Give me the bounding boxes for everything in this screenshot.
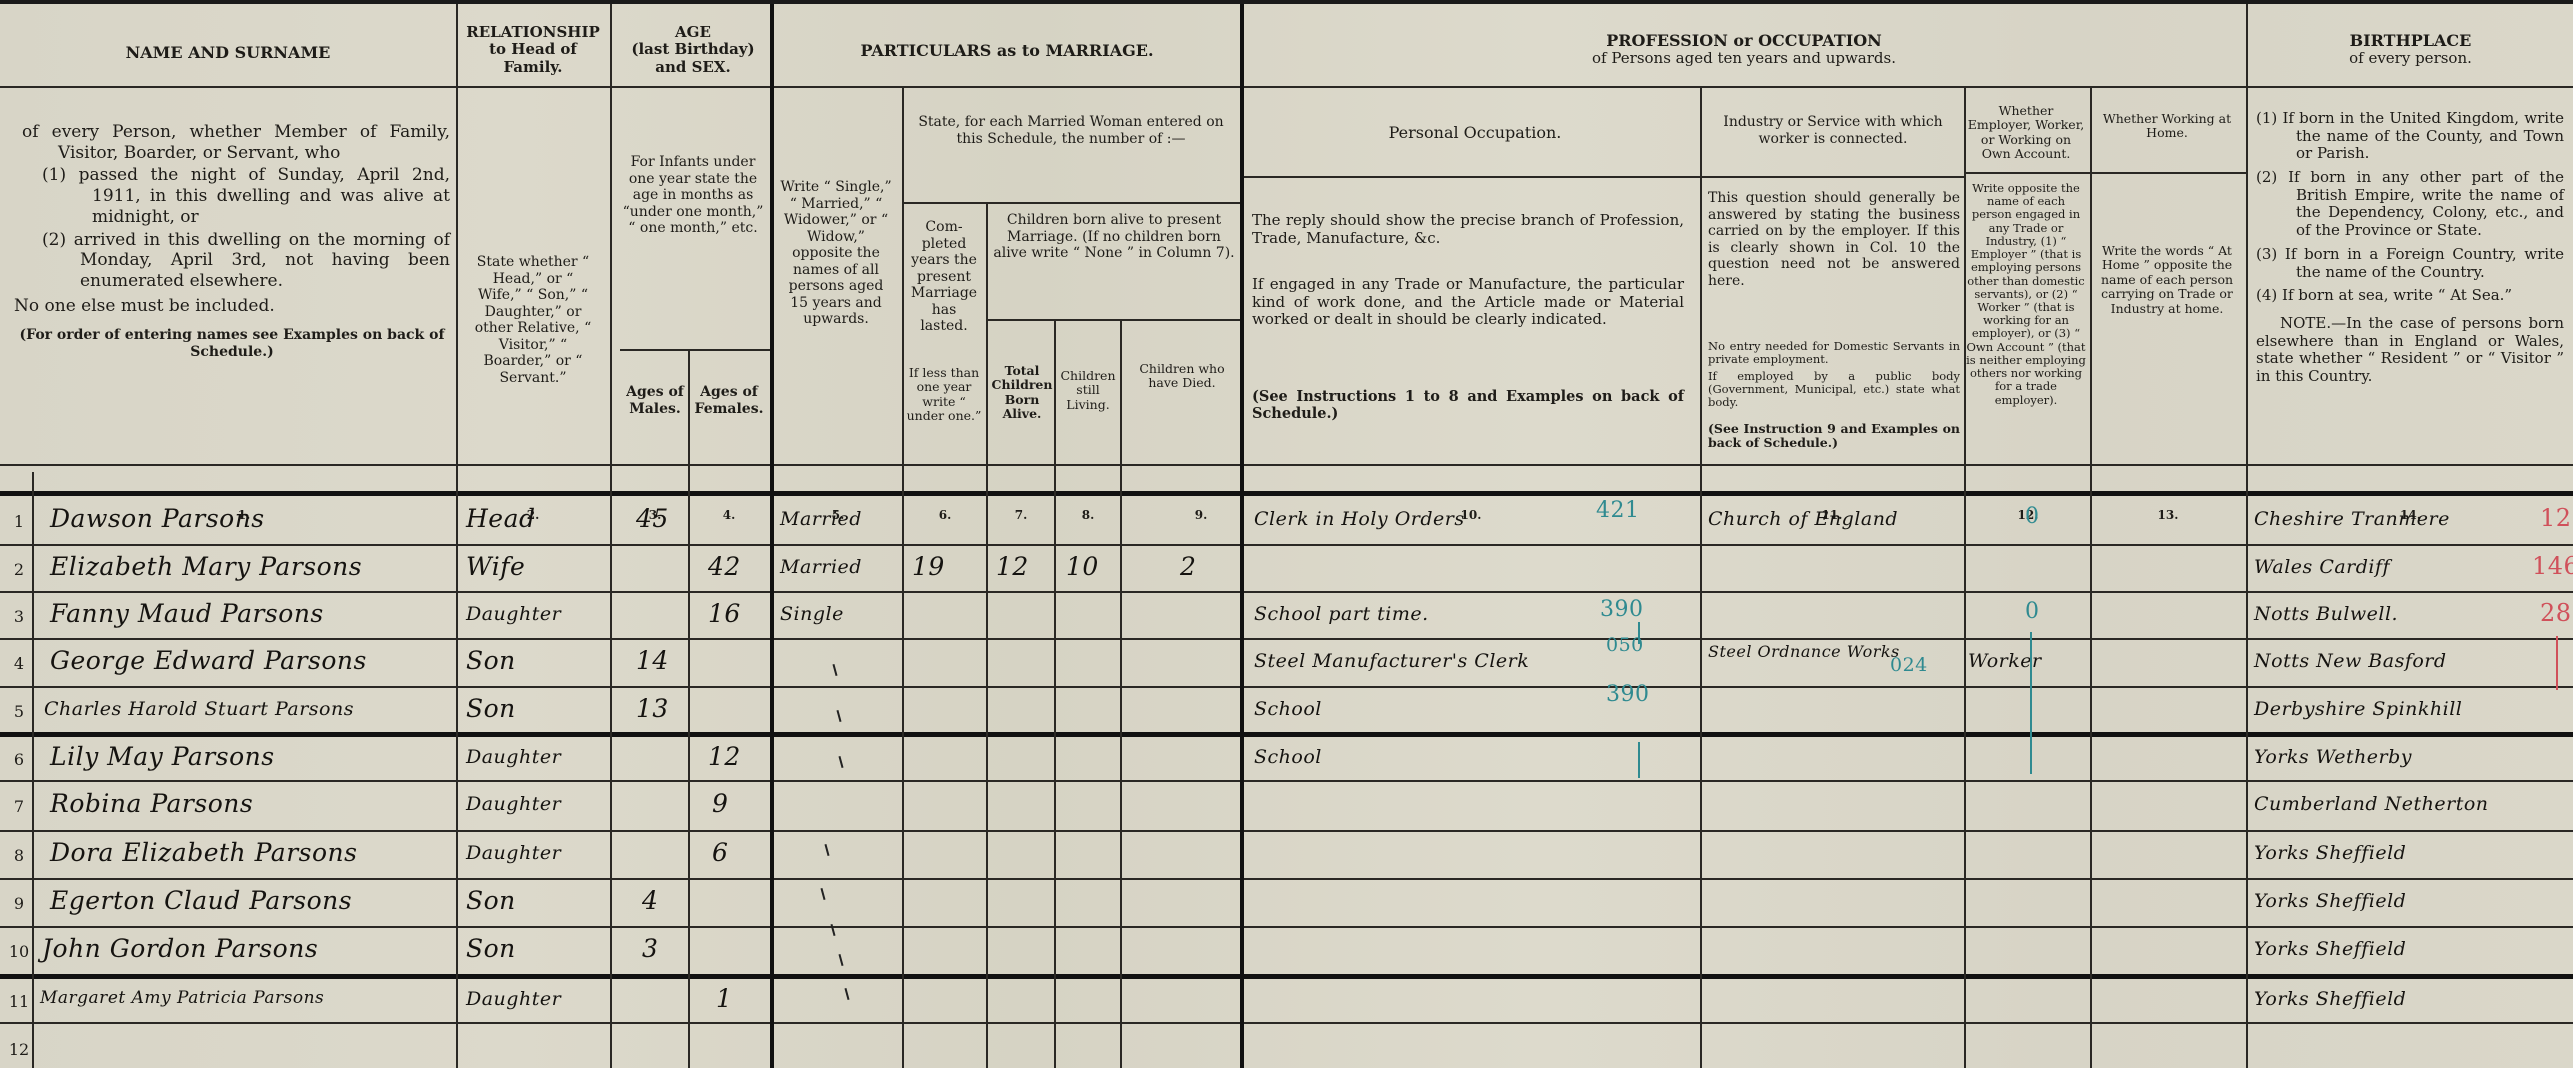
relationship-title-line1: RELATIONSHIP bbox=[458, 24, 608, 41]
table-row: 6 Lily May Parsons Daughter 12 School Yo… bbox=[0, 736, 2573, 783]
relationship-cell: Son bbox=[466, 646, 516, 675]
years-married-cell: 19 bbox=[912, 552, 945, 581]
employer-label: Whether Employer, Worker, or Working on … bbox=[1966, 104, 2086, 162]
row-number: 2 bbox=[4, 560, 34, 579]
relationship-cell: Head bbox=[466, 504, 536, 533]
rule-colnum-bottom bbox=[0, 491, 2573, 496]
table-row: 11 Margaret Amy Patricia Parsons Daughte… bbox=[0, 978, 2573, 1025]
col-marriage-title: PARTICULARS as to MARRIAGE. bbox=[774, 42, 1240, 60]
occupation-cell: School part time. bbox=[1254, 603, 1429, 625]
row-number: 4 bbox=[4, 654, 34, 673]
occupation-code: 421 bbox=[1596, 498, 1640, 523]
rule-emp-sub bbox=[1966, 172, 2246, 174]
relationship-title-line3: Family. bbox=[458, 59, 608, 76]
birthplace-code: 28 bbox=[2540, 599, 2572, 627]
personal-occupation-text1: The reply should show the precise branch… bbox=[1252, 212, 1684, 247]
name-cell: Charles Harold Stuart Parsons bbox=[44, 698, 354, 720]
table-row: 12 bbox=[0, 1026, 2573, 1068]
birthplace-cell: Notts Bulwell. bbox=[2254, 603, 2398, 625]
occupation-cell: School bbox=[1254, 746, 1322, 768]
name-instr-intro: of every Person, whether Member of Famil… bbox=[14, 122, 450, 163]
industry-text2: No entry needed for Domestic Servants in… bbox=[1708, 340, 1960, 366]
birthplace-cell: Yorks Sheffield bbox=[2254, 842, 2406, 864]
relationship-cell: Daughter bbox=[466, 842, 561, 864]
relationship-instructions: State whether “ Head,” or “ Wife,” “ Son… bbox=[470, 254, 596, 386]
birthplace-subtitle: of every person. bbox=[2248, 50, 2573, 67]
age-male-cell: 13 bbox=[636, 694, 669, 723]
occupation-subtitle: of Persons aged ten years and upwards. bbox=[1244, 50, 2244, 67]
occupation-code: 390 bbox=[1600, 597, 1644, 622]
rule-married-sub bbox=[904, 202, 1240, 204]
relationship-cell: Son bbox=[466, 694, 516, 723]
age-female-cell: 6 bbox=[712, 838, 728, 867]
col-birthplace-title: BIRTHPLACE of every person. bbox=[2248, 32, 2573, 68]
birthplace-cell: Yorks Sheffield bbox=[2254, 938, 2406, 960]
age-male-cell: 3 bbox=[642, 934, 658, 963]
table-row: 5 Charles Harold Stuart Parsons Son 13 S… bbox=[0, 688, 2573, 735]
birthplace-cell: Yorks Wetherby bbox=[2254, 746, 2412, 768]
table-row: 10 John Gordon Parsons Son 3 Yorks Sheff… bbox=[0, 928, 2573, 975]
birthplace-code: 146 bbox=[2532, 552, 2573, 580]
rule-children-sub bbox=[988, 319, 1240, 321]
rule-age-sub bbox=[620, 349, 770, 351]
age-female-cell: 16 bbox=[708, 599, 741, 628]
name-instr-3: No one else must be included. bbox=[14, 296, 450, 317]
employer-cell: 0 bbox=[2025, 504, 2040, 529]
birthplace-rules: (1) If born in the United Kingdom, write… bbox=[2256, 110, 2564, 386]
clerk-red-mark bbox=[2556, 636, 2558, 690]
relationship-cell: Wife bbox=[466, 552, 525, 581]
home-text: Write the words “ At Home ” opposite the… bbox=[2094, 244, 2240, 316]
age-title-line2: (last Birthday) bbox=[618, 41, 768, 58]
industry-text3: If employed by a public body (Government… bbox=[1708, 370, 1960, 410]
industry-label: Industry or Service with which worker is… bbox=[1702, 114, 1964, 147]
name-cell: George Edward Parsons bbox=[50, 646, 367, 675]
age-female-cell: 42 bbox=[708, 552, 741, 581]
relationship-cell: Son bbox=[466, 886, 516, 915]
married-woman-header: State, for each Married Woman entered on… bbox=[904, 114, 1238, 147]
children-living-cell: 10 bbox=[1066, 552, 1099, 581]
col-relationship-title: RELATIONSHIP to Head of Family. bbox=[458, 24, 608, 76]
rule-header-bottom bbox=[0, 86, 2573, 88]
col-name-title: NAME AND SURNAME bbox=[0, 44, 456, 62]
children-living-label: Children still Living. bbox=[1058, 369, 1118, 412]
birthplace-rule-2: (2) If born in any other part of the Bri… bbox=[2256, 169, 2564, 240]
personal-occupation-text3: (See Instructions 1 to 8 and Examples on… bbox=[1252, 388, 1684, 422]
occupation-title: PROFESSION or OCCUPATION bbox=[1244, 32, 2244, 50]
name-cell: John Gordon Parsons bbox=[42, 934, 318, 963]
birthplace-cell: Cheshire Tranmere bbox=[2254, 508, 2450, 530]
row-number: 6 bbox=[4, 750, 34, 769]
relationship-cell: Son bbox=[466, 934, 516, 963]
employer-cell: 0 bbox=[2025, 599, 2040, 624]
relationship-cell: Daughter bbox=[466, 746, 561, 768]
rule-instructions-bottom bbox=[0, 464, 2573, 466]
children-header: Children born alive to present Marriage.… bbox=[990, 212, 1238, 262]
birthplace-cell: Derbyshire Spinkhill bbox=[2254, 698, 2462, 720]
table-row: 8 Dora Elizabeth Parsons Daughter 6 York… bbox=[0, 832, 2573, 879]
relationship-cell: Daughter bbox=[466, 793, 561, 815]
condition-instructions: Write “ Single,” “ Married,” “ Widower,”… bbox=[778, 179, 894, 328]
total-children-label: Total Children Born Alive. bbox=[990, 364, 1054, 422]
industry-cell: Church of England bbox=[1708, 508, 1898, 530]
name-cell: Elizabeth Mary Parsons bbox=[50, 552, 362, 581]
age-females-label: Ages of Females. bbox=[692, 384, 766, 417]
condition-cell: Married bbox=[780, 556, 862, 578]
industry-text1: This question should generally be answer… bbox=[1708, 190, 1960, 289]
birthplace-cell: Notts New Basford bbox=[2254, 650, 2447, 672]
occupation-code: 390 bbox=[1606, 682, 1650, 707]
row-number: 7 bbox=[4, 797, 34, 816]
birthplace-rule-1: (1) If born in the United Kingdom, write… bbox=[2256, 110, 2564, 163]
clerk-mark bbox=[1638, 622, 1640, 644]
age-female-cell: 9 bbox=[712, 789, 728, 818]
name-instr-4: (For order of entering names see Example… bbox=[14, 327, 450, 361]
age-title-line3: and SEX. bbox=[618, 59, 768, 76]
age-male-cell: 4 bbox=[642, 886, 658, 915]
table-row: 9 Egerton Claud Parsons Son 4 Yorks Shef… bbox=[0, 880, 2573, 927]
occupation-cell: School bbox=[1254, 698, 1322, 720]
birthplace-cell: Cumberland Netherton bbox=[2254, 793, 2489, 815]
row-number: 5 bbox=[4, 702, 34, 721]
industry-code: 024 bbox=[1890, 654, 1928, 676]
years-married-label: Com- pleted years the present Marriage h… bbox=[906, 219, 982, 335]
birthplace-rule-4: (4) If born at sea, write “ At Sea.” bbox=[2256, 287, 2564, 305]
industry-text4: (See Instruction 9 and Examples on back … bbox=[1708, 422, 1960, 451]
age-instructions: For Infants under one year state the age… bbox=[620, 154, 766, 237]
clerk-mark bbox=[2030, 632, 2032, 774]
occupation-cell: Steel Manufacturer's Clerk bbox=[1254, 650, 1529, 672]
relationship-cell: Daughter bbox=[466, 988, 561, 1010]
row-number: 10 bbox=[4, 942, 34, 961]
name-cell: Dawson Parsons bbox=[50, 504, 265, 533]
name-cell: Robina Parsons bbox=[50, 789, 253, 818]
name-instructions: of every Person, whether Member of Famil… bbox=[14, 122, 450, 361]
children-died-cell: 2 bbox=[1180, 552, 1196, 581]
age-title-line1: AGE bbox=[618, 24, 768, 41]
age-female-cell: 1 bbox=[716, 984, 732, 1013]
birthplace-title: BIRTHPLACE bbox=[2248, 32, 2573, 50]
employer-text: Write opposite the name of each person e… bbox=[1966, 182, 2086, 407]
row-number: 8 bbox=[4, 846, 34, 865]
birthplace-cell: Wales Cardiff bbox=[2254, 556, 2390, 578]
industry-cell: Steel Ordnance Works bbox=[1708, 642, 1900, 661]
clerk-mark bbox=[1638, 742, 1640, 778]
age-males-label: Ages of Males. bbox=[622, 384, 688, 417]
col-age-title: AGE (last Birthday) and SEX. bbox=[618, 24, 768, 76]
name-cell: Fanny Maud Parsons bbox=[50, 599, 324, 628]
years-married-sub: If less than one year write “ under one.… bbox=[904, 366, 984, 424]
birthplace-note: NOTE.—In the case of persons born elsewh… bbox=[2256, 315, 2564, 386]
personal-occupation-text2: If engaged in any Trade or Manufacture, … bbox=[1252, 276, 1684, 329]
census-schedule-1911: NAME AND SURNAME RELATIONSHIP to Head of… bbox=[0, 0, 2573, 1068]
children-died-label: Children who have Died. bbox=[1124, 362, 1240, 391]
relationship-title-line2: to Head of bbox=[458, 41, 608, 58]
name-cell: Lily May Parsons bbox=[50, 742, 275, 771]
row-number: 11 bbox=[4, 992, 34, 1011]
table-row: 1 Dawson Parsons Head 45 Married Clerk i… bbox=[0, 498, 2573, 545]
relationship-cell: Daughter bbox=[466, 603, 561, 625]
birthplace-cell: Yorks Sheffield bbox=[2254, 988, 2406, 1010]
row-number: 9 bbox=[4, 894, 34, 913]
name-instr-2: (2) arrived in this dwelling on the morn… bbox=[14, 230, 450, 292]
home-label: Whether Working at Home. bbox=[2092, 112, 2242, 141]
total-children-cell: 12 bbox=[996, 552, 1029, 581]
table-row: 7 Robina Parsons Daughter 9 Cumberland N… bbox=[0, 783, 2573, 830]
row-number: 12 bbox=[4, 1040, 34, 1059]
age-male-cell: 45 bbox=[636, 504, 669, 533]
rule-occ-sub bbox=[1244, 176, 1964, 178]
col-occupation-title: PROFESSION or OCCUPATION of Persons aged… bbox=[1244, 32, 2244, 68]
name-cell: Dora Elizabeth Parsons bbox=[50, 838, 357, 867]
age-female-cell: 12 bbox=[708, 742, 741, 771]
name-cell: Margaret Amy Patricia Parsons bbox=[40, 988, 324, 1008]
table-row: 2 Elizabeth Mary Parsons Wife 42 Married… bbox=[0, 546, 2573, 593]
birthplace-cell: Yorks Sheffield bbox=[2254, 890, 2406, 912]
age-male-cell: 14 bbox=[636, 646, 669, 675]
occupation-cell: Clerk in Holy Orders bbox=[1254, 508, 1465, 530]
condition-cell: Single bbox=[780, 603, 844, 625]
table-row: 3 Fanny Maud Parsons Daughter 16 Single … bbox=[0, 593, 2573, 640]
table-row: 4 George Edward Parsons Son 14 Steel Man… bbox=[0, 640, 2573, 687]
birthplace-code: 12 bbox=[2540, 504, 2572, 532]
personal-occupation-label: Personal Occupation. bbox=[1250, 124, 1700, 143]
condition-cell: Married bbox=[780, 508, 862, 530]
name-cell: Egerton Claud Parsons bbox=[50, 886, 352, 915]
birthplace-rule-3: (3) If born in a Foreign Country, write … bbox=[2256, 246, 2564, 281]
row-number: 1 bbox=[4, 512, 34, 531]
row-number: 3 bbox=[4, 607, 34, 626]
name-instr-1: (1) passed the night of Sunday, April 2n… bbox=[14, 165, 450, 227]
